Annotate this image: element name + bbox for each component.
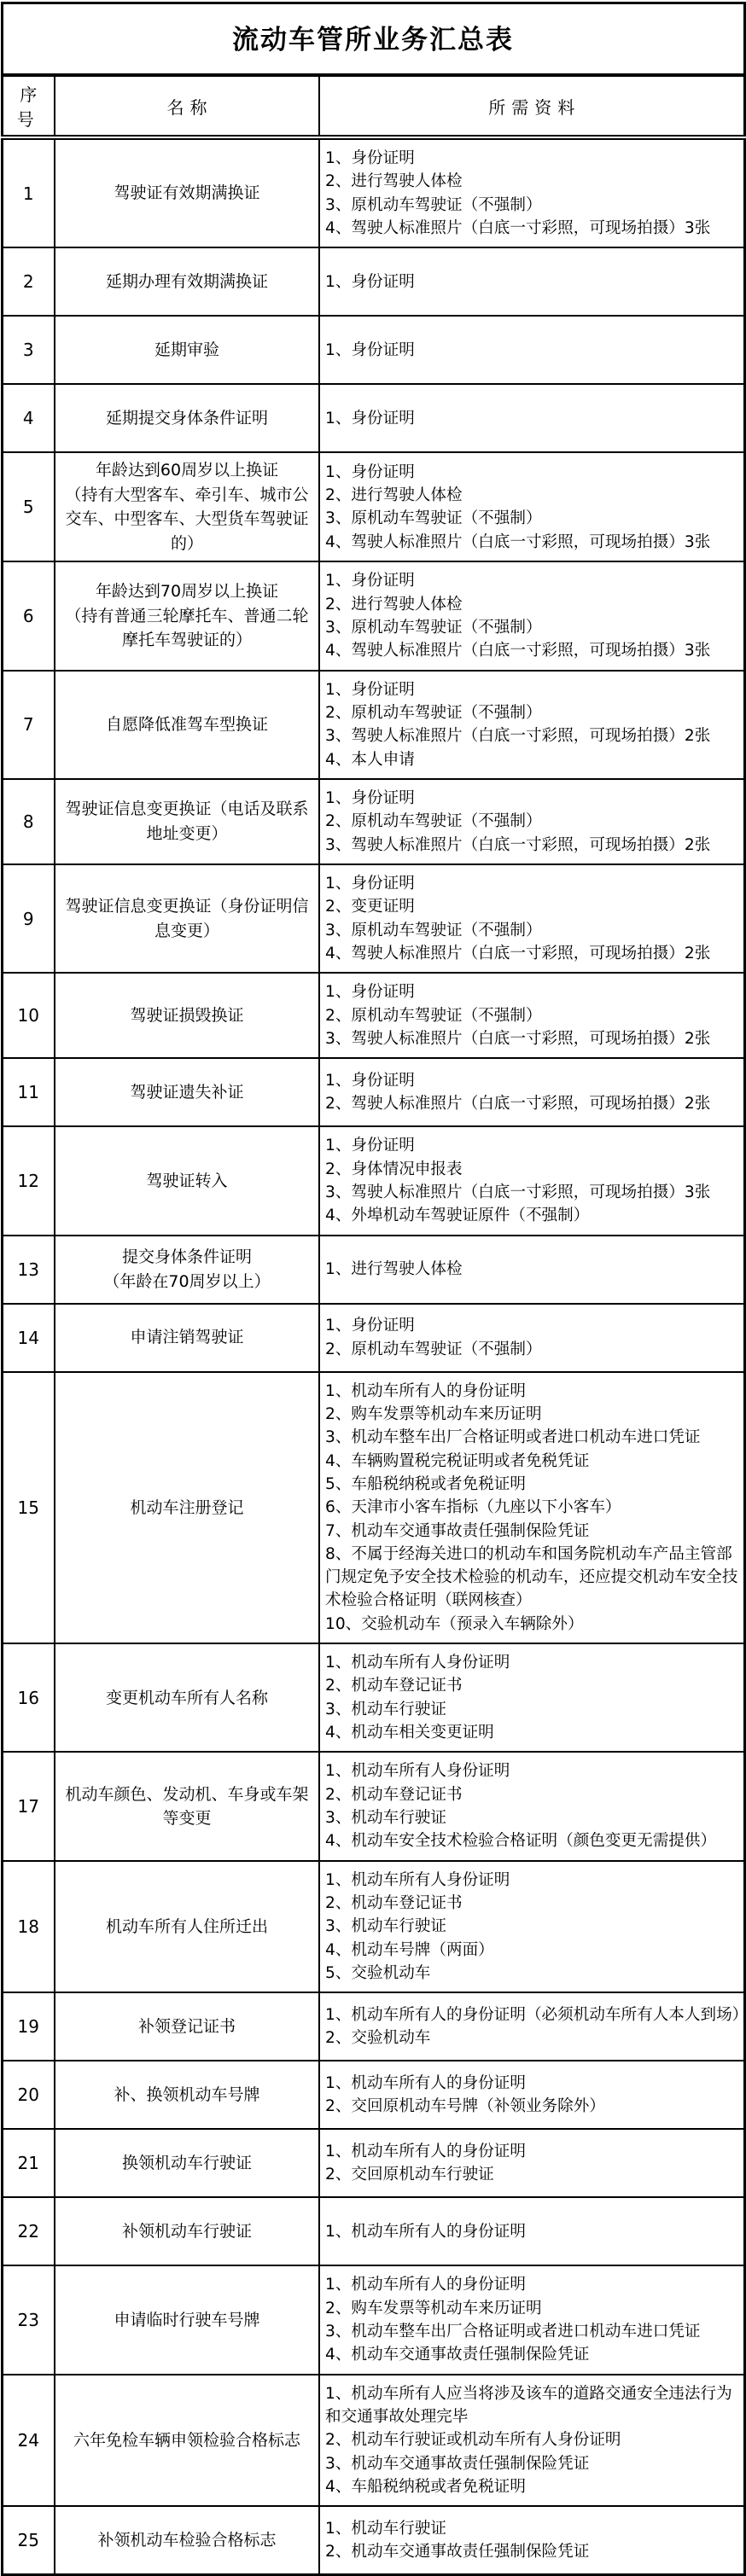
business-name: 驾驶证信息变更换证（电话及联系 地址变更）: [55, 779, 319, 864]
material-item: 6、天津市小客车指标（九座以下小客车）: [325, 1496, 742, 1519]
material-item: 1、身份证明: [325, 569, 742, 592]
row-number: 11: [2, 1058, 55, 1126]
material-item: 3、机动车整车出厂合格证明或者进口机动车进口凭证: [325, 1426, 742, 1449]
material-item: 3、机动车行驶证: [325, 1806, 742, 1829]
table-row: 7自愿降低准驾车型换证1、身份证明2、原机动车驾驶证（不强制）3、驾驶人标准照片…: [2, 671, 744, 779]
material-item: 2、进行驾驶人体检: [325, 170, 742, 193]
business-name: 机动车注册登记: [55, 1372, 319, 1644]
material-item: 1、身份证明: [325, 872, 742, 895]
materials-cell: 1、机动车所有人应当将涉及该车的道路交通安全违法行为和交通事故处理完毕2、机动车…: [319, 2375, 744, 2507]
table-row: 3延期审验1、身份证明: [2, 316, 744, 384]
material-item: 1、身份证明: [325, 678, 742, 701]
table-row: 19补领登记证书1、机动车所有人的身份证明（必须机动车所有人本人到场）2、交验机…: [2, 1992, 744, 2061]
row-number: 3: [2, 316, 55, 384]
business-name: 驾驶证转入: [55, 1126, 319, 1235]
materials-cell: 1、身份证明2、变更证明3、原机动车驾驶证（不强制）4、驾驶人标准照片（白底一寸…: [319, 864, 744, 973]
material-item: 2、机动车登记证书: [325, 1783, 742, 1806]
business-summary-table: 流动车管所业务汇总表 序号 名称 所需资料 1驾驶证有效期满换证1、身份证明2、…: [1, 2, 746, 2576]
row-number: 8: [2, 779, 55, 864]
material-item: 2、身体情况申报表: [325, 1158, 742, 1181]
row-number: 16: [2, 1643, 55, 1752]
material-item: 2、进行驾驶人体检: [325, 593, 742, 616]
material-item: 5、车船税纳税或者免税证明: [325, 1473, 742, 1496]
table-row: 10驾驶证损毁换证1、身份证明2、原机动车驾驶证（不强制）3、驾驶人标准照片（白…: [2, 973, 744, 1058]
business-name: 补领机动车行驶证: [55, 2197, 319, 2265]
row-number: 20: [2, 2061, 55, 2129]
material-item: 2、变更证明: [325, 895, 742, 918]
material-item: 1、机动车所有人的身份证明（必须机动车所有人本人到场）: [325, 2003, 742, 2026]
material-item: 3、驾驶人标准照片（白底一寸彩照，可现场拍摄）2张: [325, 724, 742, 747]
material-item: 4、驾驶人标准照片（白底一寸彩照，可现场拍摄）2张: [325, 942, 742, 965]
business-name: 补、换领机动车号牌: [55, 2061, 319, 2129]
table-row: 24六年免检车辆申领检验合格标志1、机动车所有人应当将涉及该车的道路交通安全违法…: [2, 2375, 744, 2507]
material-item: 2、原机动车驾驶证（不强制）: [325, 1004, 742, 1027]
table-row: 2延期办理有效期满换证1、身份证明: [2, 247, 744, 316]
material-item: 1、身份证明: [325, 147, 742, 170]
material-item: 3、驾驶人标准照片（白底一寸彩照，可现场拍摄）2张: [325, 1027, 742, 1050]
row-number: 1: [2, 137, 55, 247]
material-item: 4、机动车相关变更证明: [325, 1721, 742, 1744]
row-number: 19: [2, 1992, 55, 2061]
material-item: 5、交验机动车: [325, 1962, 742, 1985]
row-number: 13: [2, 1236, 55, 1304]
material-item: 4、驾驶人标准照片（白底一寸彩照，可现场拍摄）3张: [325, 217, 742, 240]
row-number: 25: [2, 2506, 55, 2575]
column-header-materials: 所需资料: [319, 75, 744, 137]
table-row: 15机动车注册登记1、机动车所有人的身份证明2、购车发票等机动车来历证明3、机动…: [2, 1372, 744, 1644]
material-item: 1、进行驾驶人体检: [325, 1258, 742, 1281]
material-item: 1、机动车所有人身份证明: [325, 1869, 742, 1892]
materials-cell: 1、身份证明2、原机动车驾驶证（不强制）3、驾驶人标准照片（白底一寸彩照，可现场…: [319, 671, 744, 779]
row-number: 15: [2, 1372, 55, 1644]
material-item: 8、不属于经海关进口的机动车和国务院机动车产品主管部门规定免予安全技术检验的机动…: [325, 1543, 742, 1613]
table-header-row: 序号 名称 所需资料: [2, 75, 744, 137]
table-row: 8驾驶证信息变更换证（电话及联系 地址变更）1、身份证明2、原机动车驾驶证（不强…: [2, 779, 744, 864]
material-item: 4、机动车安全技术检验合格证明（颜色变更无需提供）: [325, 1829, 742, 1852]
document-page: 流动车管所业务汇总表 序号 名称 所需资料 1驾驶证有效期满换证1、身份证明2、…: [0, 2, 746, 2576]
material-item: 4、驾驶人标准照片（白底一寸彩照，可现场拍摄）3张: [325, 531, 742, 554]
materials-cell: 1、身份证明: [319, 316, 744, 384]
material-item: 4、机动车交通事故责任强制保险凭证: [325, 2343, 742, 2366]
material-item: 1、机动车所有人身份证明: [325, 1651, 742, 1674]
table-row: 17机动车颜色、发动机、车身或车架 等变更1、机动车所有人身份证明2、机动车登记…: [2, 1752, 744, 1860]
materials-cell: 1、机动车所有人的身份证明2、交回原机动车号牌（补领业务除外）: [319, 2061, 744, 2129]
business-name: 申请临时行驶车号牌: [55, 2265, 319, 2374]
material-item: 3、原机动车驾驶证（不强制）: [325, 919, 742, 942]
material-item: 1、机动车所有人的身份证明: [325, 2072, 742, 2095]
row-number: 12: [2, 1126, 55, 1235]
material-item: 3、机动车行驶证: [325, 1915, 742, 1938]
table-row: 14申请注销驾驶证1、身份证明2、原机动车驾驶证（不强制）: [2, 1304, 744, 1372]
business-name: 补领登记证书: [55, 1992, 319, 2061]
table-row: 5年龄达到60周岁以上换证 （持有大型客车、牵引车、城市公 交车、中型客车、大型…: [2, 452, 744, 561]
business-name: 驾驶证遗失补证: [55, 1058, 319, 1126]
material-item: 3、原机动车驾驶证（不强制）: [325, 616, 742, 639]
business-name: 自愿降低准驾车型换证: [55, 671, 319, 779]
material-item: 2、机动车行驶证或机动车所有人身份证明: [325, 2428, 742, 2451]
material-item: 2、购车发票等机动车来历证明: [325, 1403, 742, 1426]
material-item: 3、驾驶人标准照片（白底一寸彩照，可现场拍摄）2张: [325, 834, 742, 857]
material-item: 4、外埠机动车驾驶证原件（不强制）: [325, 1204, 742, 1227]
business-name: 年龄达到60周岁以上换证 （持有大型客车、牵引车、城市公 交车、中型客车、大型货…: [55, 452, 319, 561]
material-item: 1、机动车所有人应当将涉及该车的道路交通安全违法行为和交通事故处理完毕: [325, 2382, 742, 2429]
materials-cell: 1、身份证明2、身体情况申报表3、驾驶人标准照片（白底一寸彩照，可现场拍摄）3张…: [319, 1126, 744, 1235]
materials-cell: 1、机动车所有人的身份证明2、购车发票等机动车来历证明3、机动车整车出厂合格证明…: [319, 1372, 744, 1644]
table-row: 12驾驶证转入1、身份证明2、身体情况申报表3、驾驶人标准照片（白底一寸彩照，可…: [2, 1126, 744, 1235]
materials-cell: 1、机动车行驶证2、机动车交通事故责任强制保险凭证: [319, 2506, 744, 2575]
material-item: 2、进行驾驶人体检: [325, 484, 742, 507]
table-row: 1驾驶证有效期满换证1、身份证明2、进行驾驶人体检3、原机动车驾驶证（不强制）4…: [2, 137, 744, 247]
material-item: 3、原机动车驾驶证（不强制）: [325, 194, 742, 217]
material-item: 1、机动车所有人的身份证明: [325, 1380, 742, 1403]
material-item: 1、身份证明: [325, 407, 742, 430]
business-name: 换领机动车行驶证: [55, 2129, 319, 2197]
business-name: 变更机动车所有人名称: [55, 1643, 319, 1752]
row-number: 22: [2, 2197, 55, 2265]
row-number: 4: [2, 384, 55, 452]
material-item: 1、身份证明: [325, 1134, 742, 1157]
row-number: 6: [2, 561, 55, 670]
business-name: 六年免检车辆申领检验合格标志: [55, 2375, 319, 2507]
materials-cell: 1、身份证明2、原机动车驾驶证（不强制）3、驾驶人标准照片（白底一寸彩照，可现场…: [319, 779, 744, 864]
material-item: 1、身份证明: [325, 980, 742, 1003]
business-name: 驾驶证有效期满换证: [55, 137, 319, 247]
material-item: 3、驾驶人标准照片（白底一寸彩照，可现场拍摄）3张: [325, 1181, 742, 1204]
materials-cell: 1、身份证明2、驾驶人标准照片（白底一寸彩照，可现场拍摄）2张: [319, 1058, 744, 1126]
material-item: 1、机动车行驶证: [325, 2517, 742, 2540]
materials-cell: 1、进行驾驶人体检: [319, 1236, 744, 1304]
page-title: 流动车管所业务汇总表: [2, 3, 744, 76]
material-item: 4、车船税纳税或者免税证明: [325, 2475, 742, 2498]
table-row: 21换领机动车行驶证1、机动车所有人的身份证明2、交回原机动车行驶证: [2, 2129, 744, 2197]
column-header-no: 序号: [2, 75, 55, 137]
material-item: 2、机动车登记证书: [325, 1674, 742, 1697]
material-item: 7、机动车交通事故责任强制保险凭证: [325, 1520, 742, 1543]
table-row: 22补领机动车行驶证1、机动车所有人的身份证明: [2, 2197, 744, 2265]
table-row: 23申请临时行驶车号牌1、机动车所有人的身份证明2、购车发票等机动车来历证明3、…: [2, 2265, 744, 2374]
material-item: 3、机动车行驶证: [325, 1698, 742, 1721]
table-row: 9驾驶证信息变更换证（身份证明信 息变更）1、身份证明2、变更证明3、原机动车驾…: [2, 864, 744, 973]
table-row: 25补领机动车检验合格标志1、机动车行驶证2、机动车交通事故责任强制保险凭证: [2, 2506, 744, 2575]
material-item: 1、机动车所有人的身份证明: [325, 2220, 742, 2243]
row-number: 21: [2, 2129, 55, 2197]
material-item: 2、交验机动车: [325, 2026, 742, 2050]
material-item: 2、原机动车驾驶证（不强制）: [325, 1338, 742, 1361]
business-name: 年龄达到70周岁以上换证 （持有普通三轮摩托车、普通二轮 摩托车驾驶证的）: [55, 561, 319, 670]
business-name: 机动车颜色、发动机、车身或车架 等变更: [55, 1752, 319, 1860]
table-row: 13提交身体条件证明 （年龄在70周岁以上）1、进行驾驶人体检: [2, 1236, 744, 1304]
business-name: 补领机动车检验合格标志: [55, 2506, 319, 2575]
row-number: 2: [2, 247, 55, 316]
table-row: 18机动车所有人住所迁出1、机动车所有人身份证明2、机动车登记证书3、机动车行驶…: [2, 1861, 744, 1993]
row-number: 24: [2, 2375, 55, 2507]
material-item: 1、身份证明: [325, 1069, 742, 1092]
business-name: 机动车所有人住所迁出: [55, 1861, 319, 1993]
materials-cell: 1、机动车所有人的身份证明2、购车发票等机动车来历证明3、机动车整车出厂合格证明…: [319, 2265, 744, 2374]
materials-cell: 1、机动车所有人的身份证明2、交回原机动车行驶证: [319, 2129, 744, 2197]
materials-cell: 1、机动车所有人的身份证明: [319, 2197, 744, 2265]
materials-cell: 1、机动车所有人身份证明2、机动车登记证书3、机动车行驶证4、机动车安全技术检验…: [319, 1752, 744, 1860]
materials-cell: 1、身份证明2、进行驾驶人体检3、原机动车驾驶证（不强制）4、驾驶人标准照片（白…: [319, 452, 744, 561]
materials-cell: 1、机动车所有人的身份证明（必须机动车所有人本人到场）2、交验机动车: [319, 1992, 744, 2061]
business-name: 驾驶证信息变更换证（身份证明信 息变更）: [55, 864, 319, 973]
table-row: 20补、换领机动车号牌1、机动车所有人的身份证明2、交回原机动车号牌（补领业务除…: [2, 2061, 744, 2129]
material-item: 1、机动车所有人的身份证明: [325, 2140, 742, 2163]
material-item: 4、车辆购置税完税证明或者免税凭证: [325, 1450, 742, 1473]
materials-cell: 1、身份证明2、进行驾驶人体检3、原机动车驾驶证（不强制）4、驾驶人标准照片（白…: [319, 561, 744, 670]
row-number: 17: [2, 1752, 55, 1860]
material-item: 1、身份证明: [325, 270, 742, 294]
material-item: 1、身份证明: [325, 1314, 742, 1337]
material-item: 1、身份证明: [325, 787, 742, 810]
row-number: 9: [2, 864, 55, 973]
materials-cell: 1、身份证明: [319, 247, 744, 316]
material-item: 1、身份证明: [325, 339, 742, 362]
row-number: 7: [2, 671, 55, 779]
materials-cell: 1、身份证明: [319, 384, 744, 452]
business-name: 提交身体条件证明 （年龄在70周岁以上）: [55, 1236, 319, 1304]
material-item: 2、原机动车驾驶证（不强制）: [325, 810, 742, 833]
material-item: 2、机动车登记证书: [325, 1892, 742, 1915]
column-header-name: 名称: [55, 75, 319, 137]
material-item: 2、驾驶人标准照片（白底一寸彩照，可现场拍摄）2张: [325, 1092, 742, 1115]
business-name: 延期办理有效期满换证: [55, 247, 319, 316]
table-row: 11驾驶证遗失补证1、身份证明2、驾驶人标准照片（白底一寸彩照，可现场拍摄）2张: [2, 1058, 744, 1126]
material-item: 2、原机动车驾驶证（不强制）: [325, 701, 742, 724]
material-item: 1、机动车所有人身份证明: [325, 1759, 742, 1782]
material-item: 2、交回原机动车行驶证: [325, 2163, 742, 2186]
materials-cell: 1、身份证明2、原机动车驾驶证（不强制）: [319, 1304, 744, 1372]
materials-cell: 1、身份证明2、进行驾驶人体检3、原机动车驾驶证（不强制）4、驾驶人标准照片（白…: [319, 137, 744, 247]
business-name: 延期提交身体条件证明: [55, 384, 319, 452]
row-number: 14: [2, 1304, 55, 1372]
business-name: 驾驶证损毁换证: [55, 973, 319, 1058]
row-number: 23: [2, 2265, 55, 2374]
materials-cell: 1、身份证明2、原机动车驾驶证（不强制）3、驾驶人标准照片（白底一寸彩照，可现场…: [319, 973, 744, 1058]
material-item: 3、机动车整车出厂合格证明或者进口机动车进口凭证: [325, 2320, 742, 2343]
material-item: 4、机动车号牌（两面）: [325, 1939, 742, 1962]
business-name: 延期审验: [55, 316, 319, 384]
table-row: 6年龄达到70周岁以上换证 （持有普通三轮摩托车、普通二轮 摩托车驾驶证的）1、…: [2, 561, 744, 670]
table-row: 4延期提交身体条件证明1、身份证明: [2, 384, 744, 452]
material-item: 4、驾驶人标准照片（白底一寸彩照，可现场拍摄）3张: [325, 639, 742, 662]
title-row: 流动车管所业务汇总表: [2, 3, 744, 76]
row-number: 5: [2, 452, 55, 561]
material-item: 1、机动车所有人的身份证明: [325, 2273, 742, 2296]
material-item: 2、购车发票等机动车来历证明: [325, 2297, 742, 2320]
materials-cell: 1、机动车所有人身份证明2、机动车登记证书3、机动车行驶证4、机动车相关变更证明: [319, 1643, 744, 1752]
row-number: 18: [2, 1861, 55, 1993]
material-item: 3、原机动车驾驶证（不强制）: [325, 507, 742, 530]
material-item: 4、本人申请: [325, 748, 742, 771]
business-name: 申请注销驾驶证: [55, 1304, 319, 1372]
material-item: 10、交验机动车（预录入车辆除外）: [325, 1613, 742, 1636]
material-item: 3、机动车交通事故责任强制保险凭证: [325, 2452, 742, 2475]
row-number: 10: [2, 973, 55, 1058]
table-row: 16变更机动车所有人名称1、机动车所有人身份证明2、机动车登记证书3、机动车行驶…: [2, 1643, 744, 1752]
material-item: 2、机动车交通事故责任强制保险凭证: [325, 2540, 742, 2563]
material-item: 2、交回原机动车号牌（补领业务除外）: [325, 2095, 742, 2118]
material-item: 1、身份证明: [325, 461, 742, 484]
materials-cell: 1、机动车所有人身份证明2、机动车登记证书3、机动车行驶证4、机动车号牌（两面）…: [319, 1861, 744, 1993]
